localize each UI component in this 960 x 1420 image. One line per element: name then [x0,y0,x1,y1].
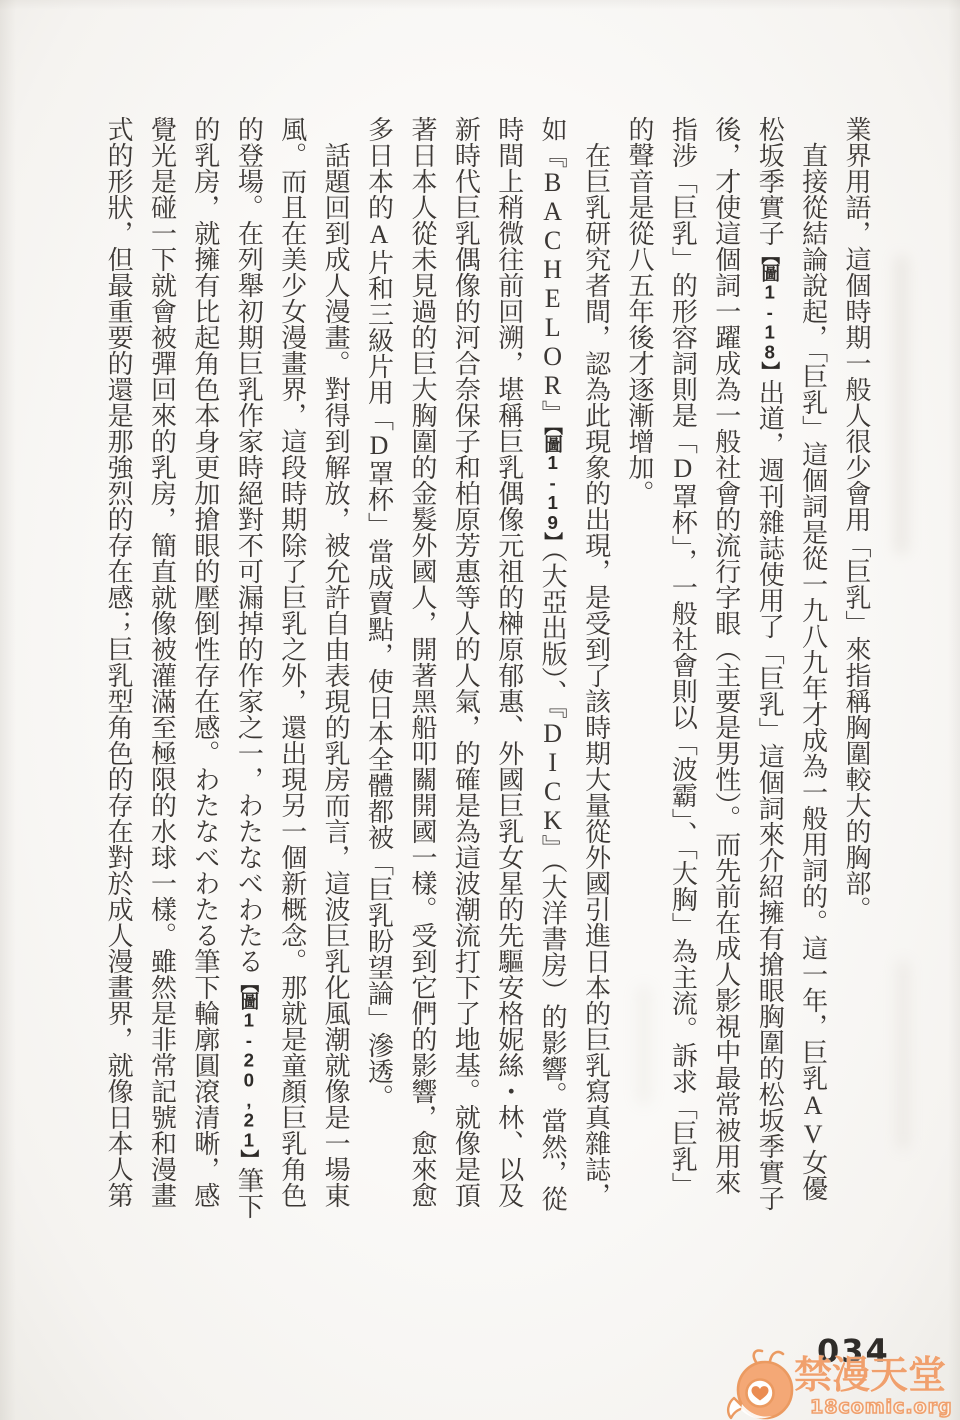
page-left-edge-shading [0,0,16,1420]
paragraph: 話題回到成人漫畫。對得到解放，被允許自由表現的乳房而言，這波巨乳化風潮就像是一場… [97,116,357,1220]
page-right-edge-shading [948,0,960,1420]
watermark-site-name: 禁漫天堂 [794,1356,946,1394]
scan-bleedthrough-smudge [897,960,909,1150]
figure-reference: 【圖1-20,21】 [238,974,259,1167]
whale-mascot-icon [726,1348,794,1420]
page-top-edge-shading [0,0,960,10]
watermark: 禁漫天堂 18comic.org [726,1346,960,1420]
scan-bleedthrough-smudge [895,255,908,555]
watermark-site-url: 18comic.org [810,1398,953,1417]
body-text-segment: 業界用語，這個時期一般人很少會用「巨乳」來指稱胸圍較大的胸部。 [842,116,871,922]
scanned-page: 業界用語，這個時期一般人很少會用「巨乳」來指稱胸圍較大的胸部。直接從結論說起，「… [0,0,960,1420]
body-text-segment: （大亞出版）、『DICK』（大洋書房）的影響。當然，從時間上稍微往前回溯，堪稱巨… [365,116,568,1212]
figure-reference: 【圖1-19】 [542,426,563,550]
article-text: 業界用語，這個時期一般人很少會用「巨乳」來指稱胸圍較大的胸部。直接從結論說起，「… [97,116,878,1220]
paragraph: 業界用語，這個時期一般人很少會用「巨乳」來指稱胸圍較大的胸部。 [835,116,878,1220]
paragraph: 直接從結論說起，「巨乳」這個詞是從一九八九年才成為一般用詞的。這一年，巨乳AV女… [618,116,835,1220]
figure-reference: 【圖1-18】 [759,246,780,379]
paragraph: 在巨乳研究者間，認為此現象的出現，是受到了該時期大量從外國引進日本的巨乳寫真雜誌… [357,116,617,1220]
